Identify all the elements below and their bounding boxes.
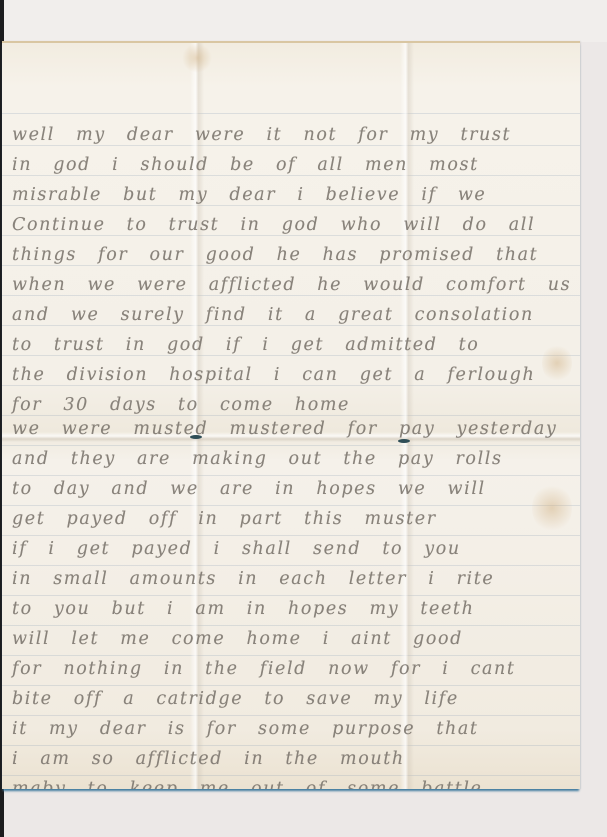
letter-line: in god i should be of all men most	[12, 150, 566, 180]
rule-line	[2, 113, 580, 114]
letter-line: for nothing in the field now for i cant	[12, 654, 566, 684]
letter-line: misrable but my dear i believe if we	[12, 180, 566, 210]
letter-page: well my dear were it not for my trust in…	[2, 41, 580, 789]
letter-line: and we surely find it a great consolatio…	[12, 300, 566, 330]
letter-line: it my dear is for some purpose that	[12, 714, 566, 744]
letter-line: when we were afflicted he would comfort …	[12, 270, 566, 300]
letter-line: get payed off in part this muster	[12, 504, 566, 534]
scan-backdrop	[4, 0, 607, 42]
letter-line: Continue to trust in god who will do all	[12, 210, 566, 240]
paper-stain	[182, 43, 212, 73]
letter-line: to day and we are in hopes we will	[12, 474, 566, 504]
letter-line: maby to keep me out of some battle	[12, 774, 566, 789]
letter-line: and they are making out the pay rolls	[12, 444, 566, 474]
letter-line: we were musted mustered for pay yesterda…	[12, 414, 566, 444]
letter-line: bite off a catridge to save my life	[12, 684, 566, 714]
letter-line: things for our good he has promised that	[12, 240, 566, 270]
letter-line: in small amounts in each letter i rite	[12, 564, 566, 594]
letter-line: well my dear were it not for my trust	[12, 120, 566, 150]
letter-line: will let me come home i aint good	[12, 624, 566, 654]
letter-line: i am so afflicted in the mouth	[12, 744, 566, 774]
letter-line: to trust in god if i get admitted to	[12, 330, 566, 360]
letter-line: to you but i am in hopes my teeth	[12, 594, 566, 624]
letter-line: the division hospital i can get a ferlou…	[12, 360, 566, 390]
letter-line: if i get payed i shall send to you	[12, 534, 566, 564]
